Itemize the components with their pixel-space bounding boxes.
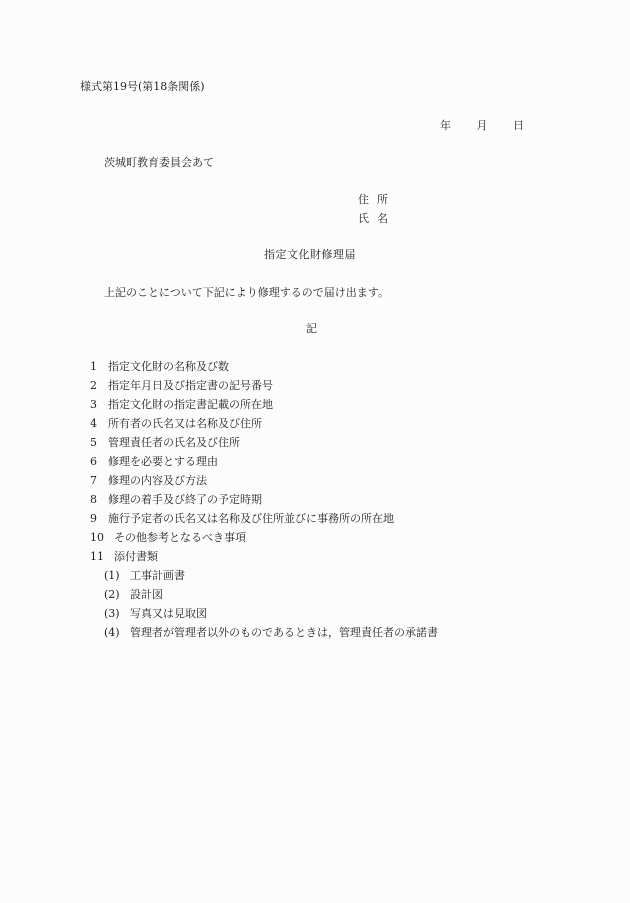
list-item: 11添付書類 — [90, 550, 438, 569]
attachment-number: (4) — [104, 626, 130, 645]
attachment-item: (3)写真又は見取図 — [90, 607, 438, 626]
item-number: 9 — [90, 512, 108, 531]
list-item: 2指定年月日及び指定書の記号番号 — [90, 379, 438, 398]
list-item: 3指定文化財の指定書記載の所在地 — [90, 398, 438, 417]
list-item: 6修理を必要とする理由 — [90, 455, 438, 474]
item-text: 所有者の氏名又は名称及び住所 — [108, 417, 262, 436]
item-number: 1 — [90, 360, 108, 379]
list-item: 10その他参考となるべき事項 — [90, 531, 438, 550]
item-number: 8 — [90, 493, 108, 512]
ki-heading: 記 — [306, 322, 317, 336]
attachment-number: (1) — [104, 569, 130, 588]
applicant-block: 住所 氏名 — [358, 193, 396, 231]
list-item: 4所有者の氏名又は名称及び住所 — [90, 417, 438, 436]
attachment-item: (2)設計図 — [90, 588, 438, 607]
attachment-text: 管理者が管理者以外のものであるときは，管理責任者の承諾書 — [130, 626, 438, 645]
date-year-label: 年 — [440, 119, 451, 133]
item-text: 添付書類 — [114, 550, 158, 569]
address-label: 住所 — [358, 193, 396, 212]
item-text: 指定年月日及び指定書の記号番号 — [108, 379, 273, 398]
addressee: 茨城町教育委員会あて — [104, 156, 214, 170]
list-item: 7修理の内容及び方法 — [90, 474, 438, 493]
item-number: 6 — [90, 455, 108, 474]
intro-text: 上記のことについて下記により修理するので届け出ます。 — [104, 286, 389, 300]
item-text: 修理の内容及び方法 — [108, 474, 207, 493]
attachment-number: (3) — [104, 607, 130, 626]
attachment-text: 工事計画書 — [130, 569, 185, 588]
form-number: 様式第19号(第18条関係) — [80, 80, 205, 94]
list-item: 5管理責任者の氏名及び住所 — [90, 436, 438, 455]
date-month-label: 月 — [477, 119, 488, 133]
item-text: 指定文化財の指定書記載の所在地 — [108, 398, 273, 417]
date-field: 年 月 日 — [440, 119, 524, 133]
item-text: 修理の着手及び終了の予定時期 — [108, 493, 262, 512]
item-text: 修理を必要とする理由 — [108, 455, 218, 474]
item-text: 施行予定者の氏名又は名称及び住所並びに事務所の所在地 — [108, 512, 394, 531]
item-number: 5 — [90, 436, 108, 455]
item-number: 11 — [90, 550, 114, 569]
attachment-text: 写真又は見取図 — [130, 607, 207, 626]
list-item: 1指定文化財の名称及び数 — [90, 360, 438, 379]
name-label: 氏名 — [358, 212, 396, 231]
item-text: その他参考となるべき事項 — [114, 531, 246, 550]
document-title: 指定文化財修理届 — [264, 248, 356, 262]
attachment-item: (1)工事計画書 — [90, 569, 438, 588]
item-number: 3 — [90, 398, 108, 417]
list-item: 8修理の着手及び終了の予定時期 — [90, 493, 438, 512]
item-text: 指定文化財の名称及び数 — [108, 360, 229, 379]
item-number: 4 — [90, 417, 108, 436]
item-number: 2 — [90, 379, 108, 398]
list-item: 9施行予定者の氏名又は名称及び住所並びに事務所の所在地 — [90, 512, 438, 531]
date-day-label: 日 — [513, 119, 524, 133]
item-text: 管理責任者の氏名及び住所 — [108, 436, 240, 455]
item-number: 10 — [90, 531, 114, 550]
attachment-number: (2) — [104, 588, 130, 607]
attachment-text: 設計図 — [130, 588, 163, 607]
item-list: 1指定文化財の名称及び数 2指定年月日及び指定書の記号番号 3指定文化財の指定書… — [90, 360, 438, 645]
item-number: 7 — [90, 474, 108, 493]
attachment-item: (4)管理者が管理者以外のものであるときは，管理責任者の承諾書 — [90, 626, 438, 645]
